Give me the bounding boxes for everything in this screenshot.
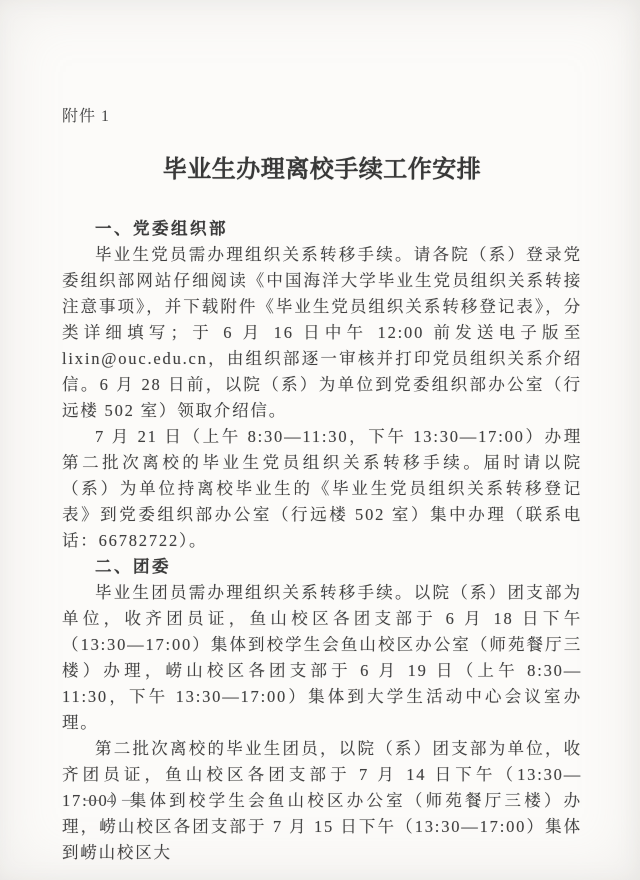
document-title: 毕业生办理离校手续工作安排 xyxy=(62,152,582,188)
section-heading-party-committee-organization-dept: 一、党委组织部 xyxy=(62,216,582,242)
attachment-label: 附件 1 xyxy=(62,106,582,128)
document-body: 一、党委组织部 毕业生党员需办理组织关系转移手续。请各院（系）登录党委组织部网站… xyxy=(62,216,582,866)
paragraph-second-batch-league-transfer: 第二批次离校的毕业生团员，以院（系）团支部为单位，收齐团员证，鱼山校区各团支部于… xyxy=(62,736,582,866)
paragraph-league-members-transfer: 毕业生团员需办理组织关系转移手续。以院（系）团支部为单位，收齐团员证，鱼山校区各… xyxy=(62,580,582,736)
scanned-document-page: 附件 1 毕业生办理离校手续工作安排 一、党委组织部 毕业生党员需办理组织关系转… xyxy=(0,0,640,880)
page-content: 附件 1 毕业生办理离校手续工作安排 一、党委组织部 毕业生党员需办理组织关系转… xyxy=(0,0,640,866)
paragraph-party-members-transfer: 毕业生党员需办理组织关系转移手续。请各院（系）登录党委组织部网站仔细阅读《中国海… xyxy=(62,242,582,424)
page-number: — 4 — xyxy=(84,792,139,809)
section-heading-youth-league-committee: 二、团委 xyxy=(62,554,582,580)
paragraph-second-batch-party-transfer: 7 月 21 日（上午 8:30—11:30，下午 13:30—17:00）办理… xyxy=(62,424,582,554)
